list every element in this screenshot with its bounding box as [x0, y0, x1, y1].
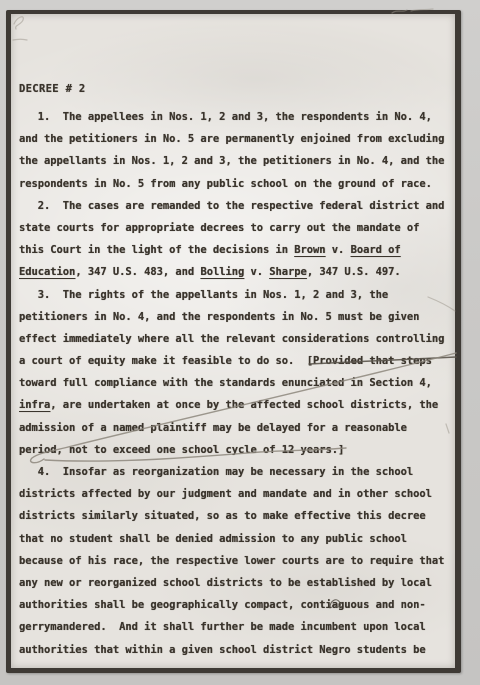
document-line: gerrymandered. And it shall further be m…: [19, 616, 444, 638]
typed-text: because of his race, the respective lowe…: [19, 555, 444, 567]
typed-text: authorities that within a given school d…: [19, 644, 426, 656]
typed-text: 4. Insofar as reorganization may be nece…: [19, 466, 413, 478]
document-line: state courts for appropriate decrees to …: [19, 217, 444, 239]
typed-text: respondents in No. 5 from any public sch…: [19, 178, 432, 190]
typed-text: 1. The appellees in Nos. 1, 2 and 3, the…: [19, 111, 432, 123]
document-line: 2. The cases are remanded to the respect…: [19, 195, 444, 217]
document-line: authorities shall be geographically comp…: [19, 594, 444, 616]
document-line: a court of equity make it feasible to do…: [19, 350, 444, 372]
document-line: districts affected by our judgment and m…: [19, 483, 444, 505]
document-line: districts similarly situated, so as to m…: [19, 505, 444, 527]
typed-text: that no student shall be denied admissio…: [19, 533, 407, 545]
typed-text: and the petitioners in No. 5 are permane…: [19, 133, 444, 145]
document-lines: 1. The appellees in Nos. 1, 2 and 3, the…: [19, 106, 444, 661]
document-heading: DECREE # 2: [19, 78, 86, 100]
scanned-document-photo: { "document": { "heading": "DECREE # 2",…: [0, 0, 480, 685]
typed-text: effect immediately where all the relevan…: [19, 333, 444, 345]
typed-text: petitioners in No. 4, and the respondent…: [19, 311, 419, 323]
document-line: 4. Insofar as reorganization may be nece…: [19, 461, 444, 483]
underlined-text: Brown: [294, 244, 325, 256]
document-line: admission of a named plaintiff may be de…: [19, 417, 444, 439]
document-line: the appellants in Nos. 1, 2 and 3, the p…: [19, 150, 444, 172]
document-line: period, not to exceed one school cycle o…: [19, 439, 444, 461]
underlined-text: Education: [19, 266, 75, 278]
document-line: petitioners in No. 4, and the respondent…: [19, 306, 444, 328]
typed-text: toward full compliance with the standard…: [19, 377, 432, 389]
underlined-text: Board of: [351, 244, 401, 256]
typed-text: admission of a named plaintiff may be de…: [19, 422, 407, 434]
typed-text: this Court in the light of the decisions…: [19, 244, 294, 256]
typed-text: 2. The cases are remanded to the respect…: [19, 200, 444, 212]
underlined-text: Sharpe: [269, 266, 307, 278]
typed-text: the appellants in Nos. 1, 2 and 3, the p…: [19, 155, 444, 167]
typed-text: a court of equity make it feasible to do…: [19, 355, 313, 367]
document-line: authorities that within a given school d…: [19, 639, 444, 661]
typed-text: , 347 U.S. 483, and: [75, 266, 200, 278]
typed-text: , 347 U.S. 497.: [307, 266, 401, 278]
document-line: this Court in the light of the decisions…: [19, 239, 444, 261]
typed-text: gerrymandered. And it shall further be m…: [19, 621, 426, 633]
document-line: respondents in No. 5 from any public sch…: [19, 173, 444, 195]
document-line: any new or reorganized school districts …: [19, 572, 444, 594]
typed-text: any new or reorganized school districts …: [19, 577, 432, 589]
document-line: because of his race, the respective lowe…: [19, 550, 444, 572]
typed-text: 3. The rights of the appellants in Nos. …: [19, 289, 388, 301]
typed-text: period, not to exceed one school cycle o…: [19, 444, 344, 456]
underlined-text: infra: [19, 399, 50, 411]
document-line: effect immediately where all the relevan…: [19, 328, 444, 350]
struck-text: Provided that steps: [313, 355, 432, 367]
document-line: and the petitioners in No. 5 are permane…: [19, 128, 444, 150]
document-line: 3. The rights of the appellants in Nos. …: [19, 284, 444, 306]
document-line: that no student shall be denied admissio…: [19, 528, 444, 550]
typed-text: districts similarly situated, so as to m…: [19, 510, 426, 522]
underlined-text: Bolling: [200, 266, 244, 278]
document-line: infra, are undertaken at once by the aff…: [19, 394, 444, 416]
document-line: 1. The appellees in Nos. 1, 2 and 3, the…: [19, 106, 444, 128]
document-line: Education, 347 U.S. 483, and Bolling v. …: [19, 261, 444, 283]
document-line: toward full compliance with the standard…: [19, 372, 444, 394]
typed-text: state courts for appropriate decrees to …: [19, 222, 419, 234]
typed-text: districts affected by our judgment and m…: [19, 488, 432, 500]
typed-text: v.: [244, 266, 269, 278]
typed-text: authorities shall be geographically comp…: [19, 599, 426, 611]
typed-text: v.: [326, 244, 351, 256]
typed-text: , are undertaken at once by the affected…: [50, 399, 438, 411]
